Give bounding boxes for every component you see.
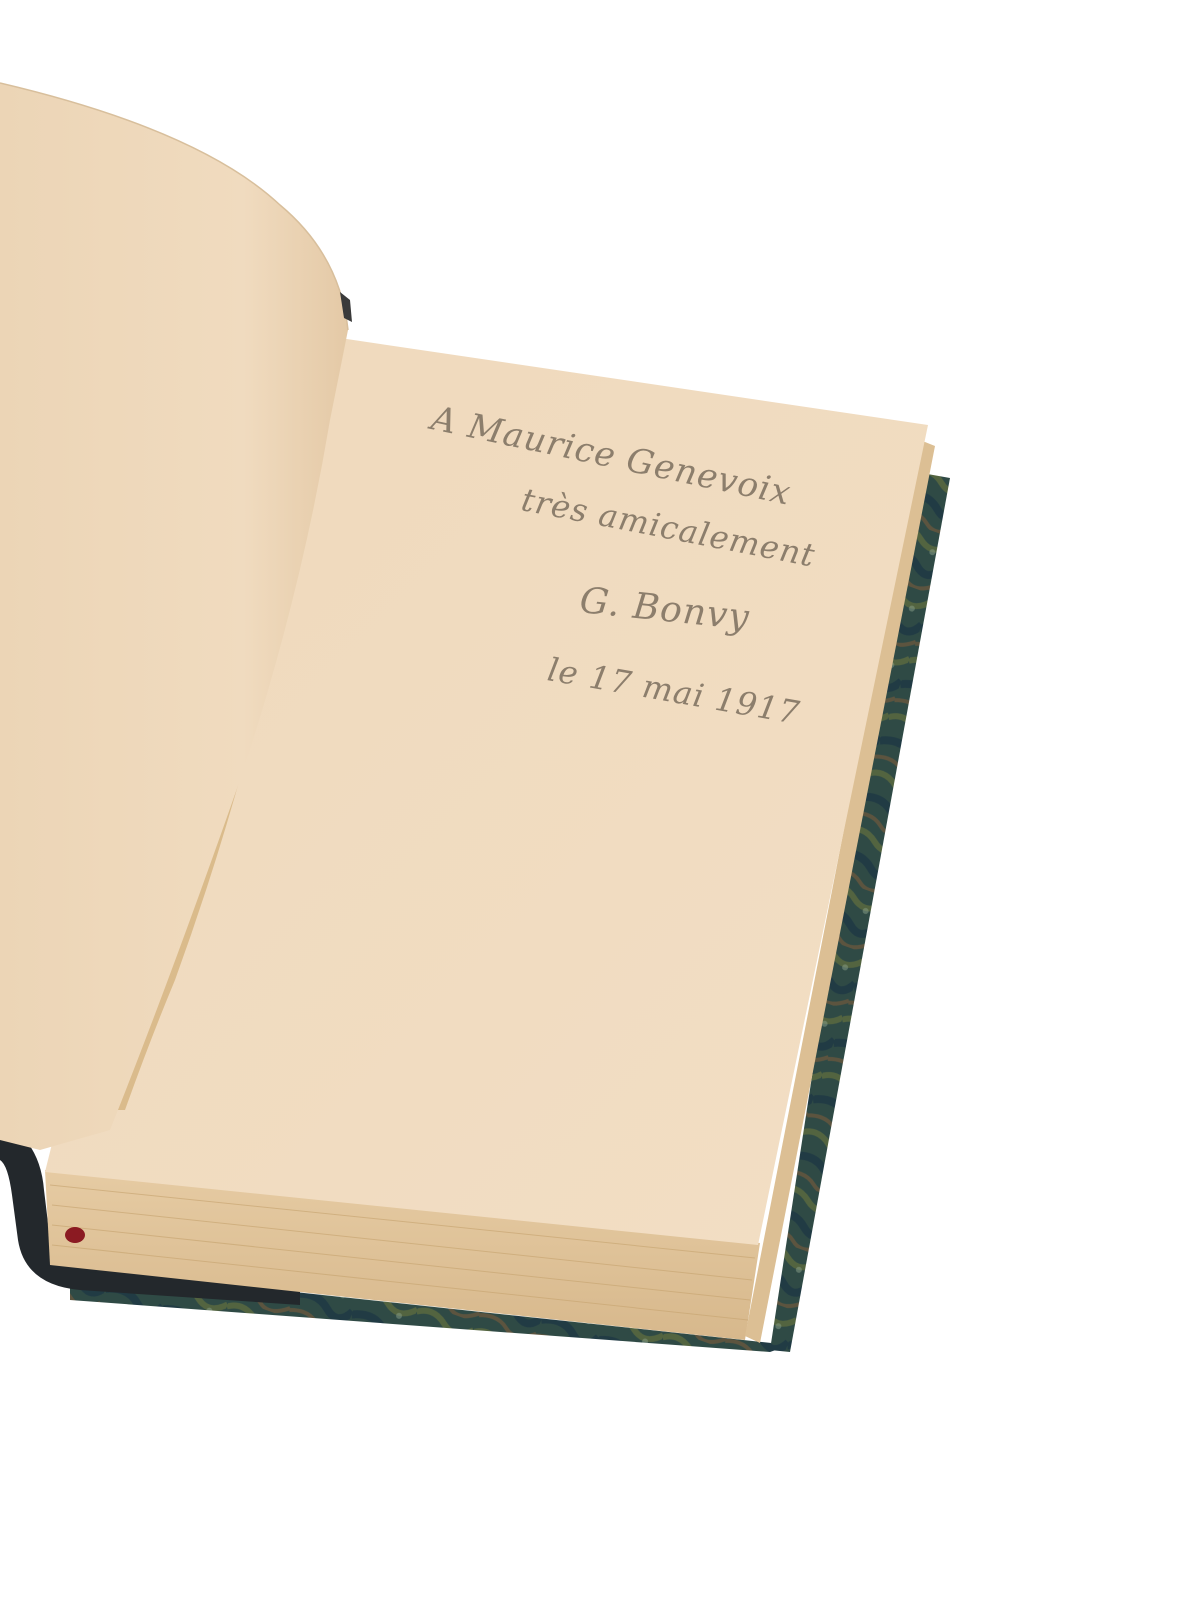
book-photo: A Maurice Genevoix très amicalement G. B…	[0, 0, 1200, 1600]
book-illustration	[0, 0, 1200, 1600]
headband	[65, 1227, 85, 1243]
